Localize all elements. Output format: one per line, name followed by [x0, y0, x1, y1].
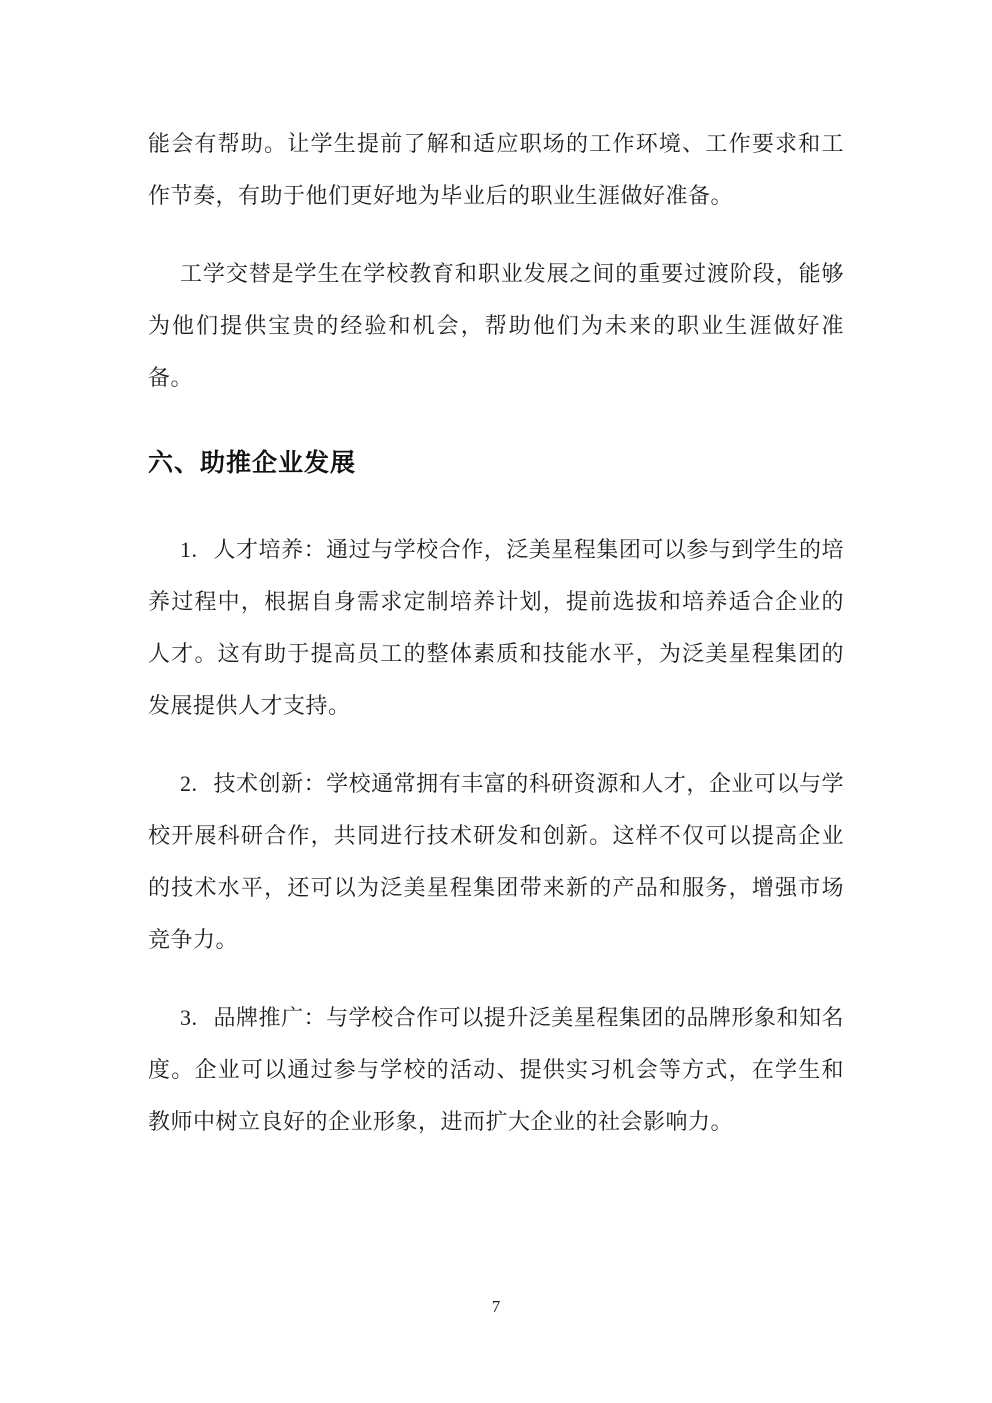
page-number: 7	[0, 1297, 992, 1317]
list-item-number: 2.	[180, 771, 198, 796]
list-item-text: 技术创新：学校通常拥有丰富的科研资源和人才，企业可以与学校开展科研合作，共同进行…	[148, 771, 844, 952]
list-item: 2.技术创新：学校通常拥有丰富的科研资源和人才，企业可以与学校开展科研合作，共同…	[148, 758, 844, 966]
section-heading: 六、助推企业发展	[148, 442, 844, 486]
list-item-text: 人才培养：通过与学校合作，泛美星程集团可以参与到学生的培养过程中，根据自身需求定…	[148, 537, 844, 718]
document-page: 能会有帮助。让学生提前了解和适应职场的工作环境、工作要求和工作节奏，有助于他们更…	[0, 0, 992, 1403]
paragraph-continuation: 能会有帮助。让学生提前了解和适应职场的工作环境、工作要求和工作节奏，有助于他们更…	[148, 118, 844, 222]
list-item: 3.品牌推广：与学校合作可以提升泛美星程集团的品牌形象和知名度。企业可以通过参与…	[148, 992, 844, 1148]
list-item: 1.人才培养：通过与学校合作，泛美星程集团可以参与到学生的培养过程中，根据自身需…	[148, 524, 844, 732]
list-item-text: 品牌推广：与学校合作可以提升泛美星程集团的品牌形象和知名度。企业可以通过参与学校…	[148, 1005, 844, 1134]
paragraph-work-study: 工学交替是学生在学校教育和职业发展之间的重要过渡阶段，能够为他们提供宝贵的经验和…	[148, 248, 844, 404]
list-item-number: 1.	[180, 537, 198, 562]
list-item-number: 3.	[180, 1005, 198, 1030]
